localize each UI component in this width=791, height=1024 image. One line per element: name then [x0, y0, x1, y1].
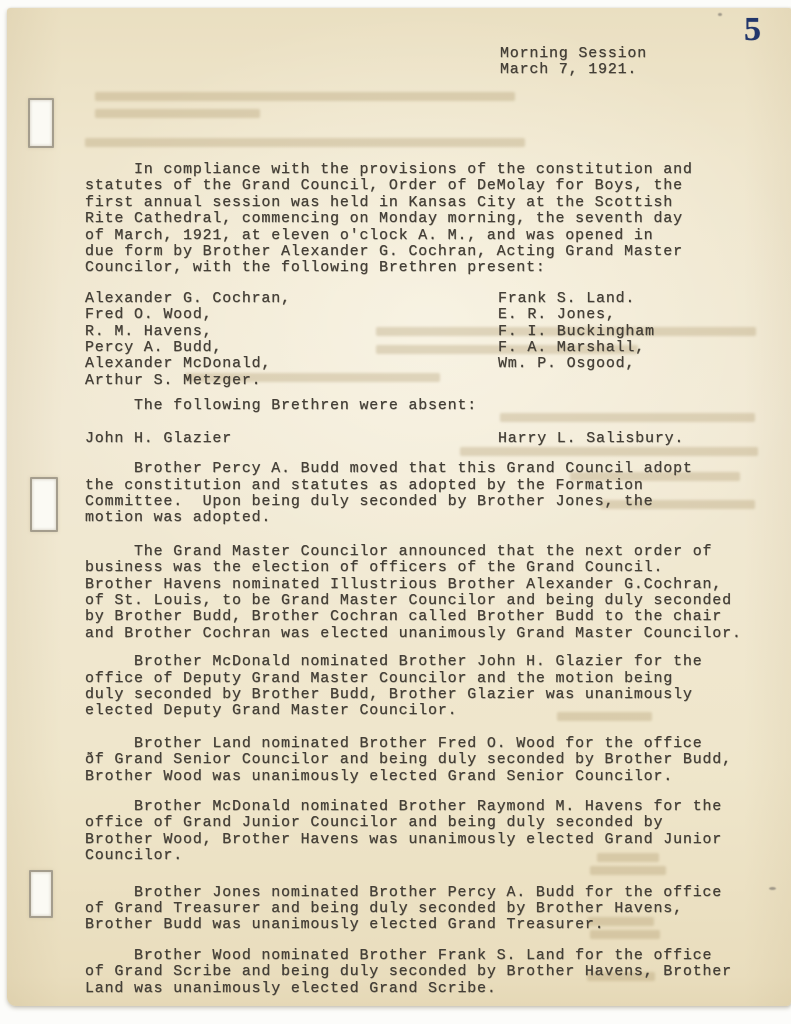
bleed-through-mark	[85, 138, 525, 147]
body-paragraph: Brother Land nominated Brother Fred O. W…	[85, 736, 775, 785]
brother-name: F. A. Marshall,	[498, 340, 775, 356]
session-date: March 7, 1921.	[500, 62, 647, 78]
brother-name	[498, 373, 775, 389]
brother-name: Alexander G. Cochran,	[85, 291, 498, 307]
scanned-page: 5 Morning Session March 7, 1921. In comp…	[7, 8, 791, 1006]
brother-name: Percy A. Budd,	[85, 340, 498, 356]
absent-heading: The following Brethren were absent:	[85, 398, 775, 414]
body-paragraph: Brother McDonald nominated Brother Raymo…	[85, 799, 775, 865]
brother-name: Frank S. Land.	[498, 291, 775, 307]
body-paragraph: Brother Jones nominated Brother Percy A.…	[85, 885, 775, 934]
brother-name: Fred O. Wood,	[85, 307, 498, 323]
body-paragraph: Brother Percy A. Budd moved that this Gr…	[85, 461, 775, 527]
body-paragraph: The Grand Master Councilor announced tha…	[85, 544, 775, 642]
brother-name: F. I. Buckingham	[498, 324, 775, 340]
present-brethren-list: Alexander G. Cochran, Frank S. Land. Fre…	[85, 291, 775, 389]
brother-name: Arthur S. Metzger.	[85, 373, 498, 389]
brother-name: R. M. Havens,	[85, 324, 498, 340]
brother-name: John H. Glazier	[85, 431, 498, 447]
brother-name: E. R. Jones,	[498, 307, 775, 323]
brother-name: Harry L. Salisbury.	[498, 431, 775, 447]
bleed-through-mark	[95, 109, 260, 118]
scan-speck	[718, 13, 722, 16]
intro-paragraph: In compliance with the provisions of the…	[85, 162, 775, 277]
hole-reinforcement-tab	[28, 98, 54, 148]
hole-reinforcement-tab	[29, 870, 53, 918]
document-body: In compliance with the provisions of the…	[85, 162, 775, 997]
absent-brethren-list: John H. Glazier Harry L. Salisbury.	[85, 431, 775, 447]
brother-name: Alexander McDonald,	[85, 356, 498, 372]
body-paragraph: Brother McDonald nominated Brother John …	[85, 654, 775, 720]
hole-reinforcement-tab	[30, 477, 58, 532]
page-number: 5	[744, 13, 761, 47]
brother-name: Wm. P. Osgood,	[498, 356, 775, 372]
session-title: Morning Session	[500, 46, 647, 62]
bleed-through-mark	[95, 92, 515, 101]
body-paragraph: Brother Wood nominated Brother Frank S. …	[85, 948, 775, 997]
session-header: Morning Session March 7, 1921.	[500, 46, 647, 79]
